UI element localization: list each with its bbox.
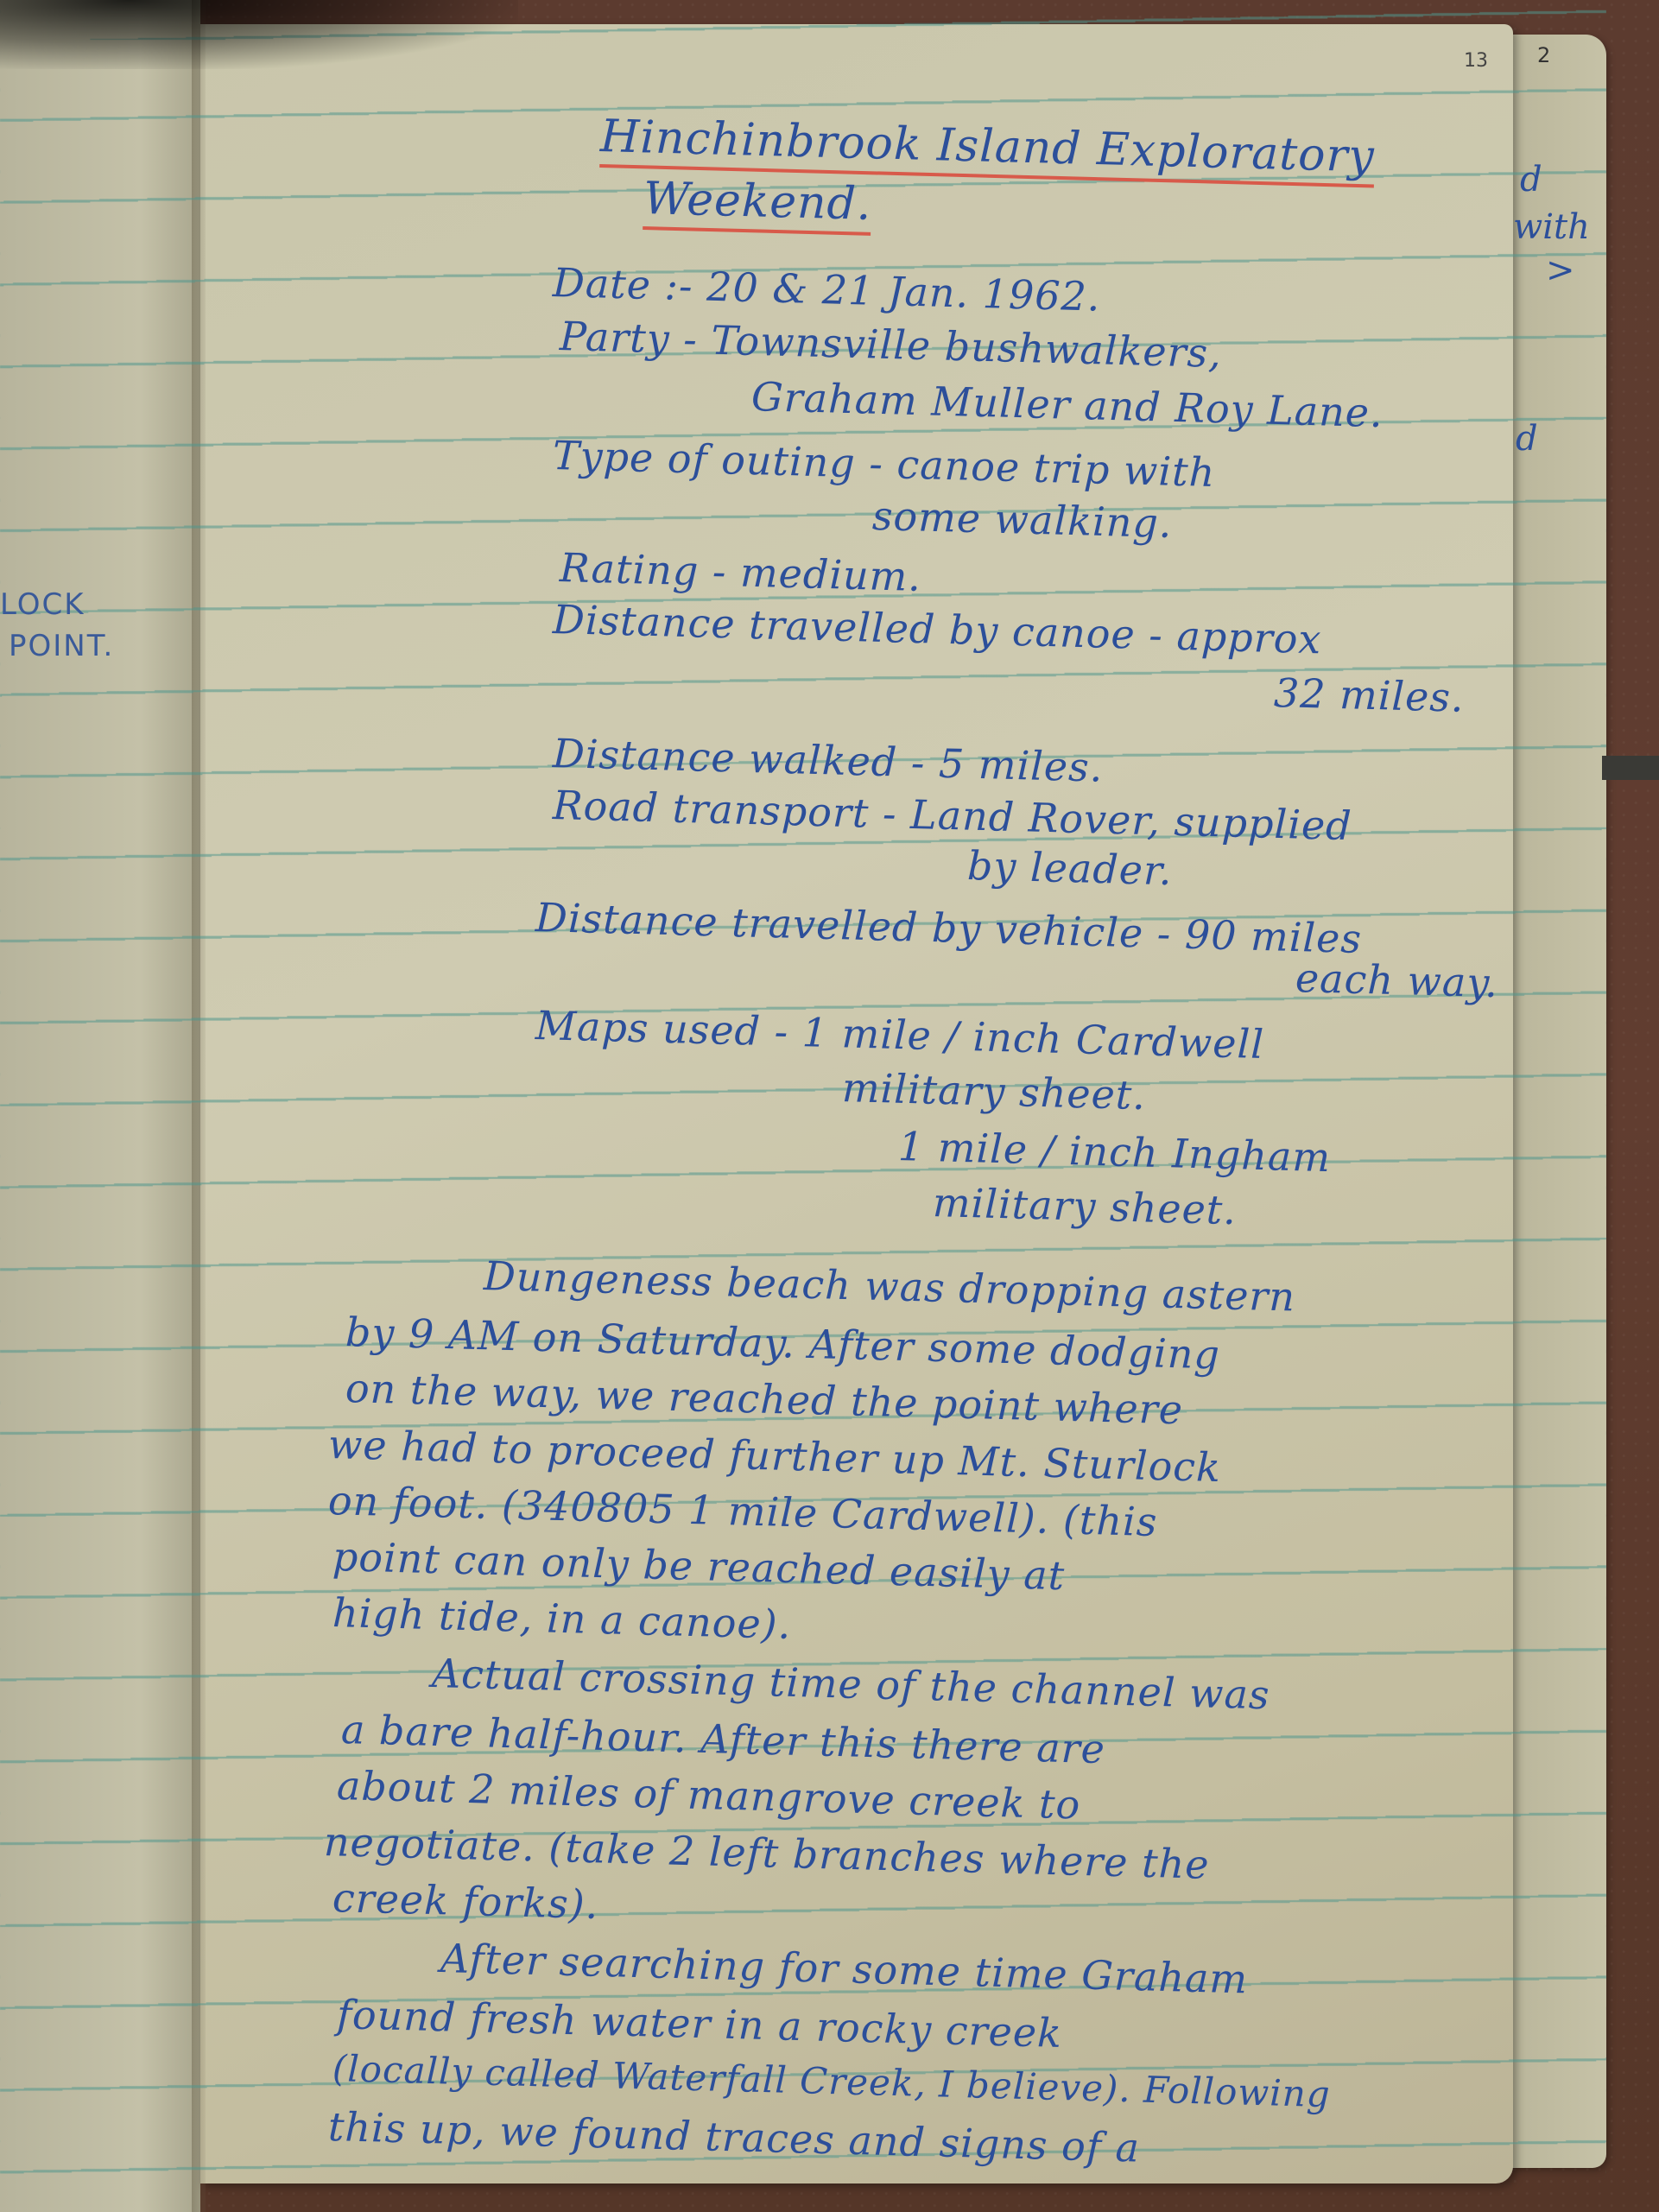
left-page — [0, 0, 200, 2212]
detail-maps-cont-3: military sheet. — [932, 1179, 1237, 1233]
detail-vehicle-distance-cont: each way. — [1295, 954, 1498, 1006]
detail-rating: Rating - medium. — [559, 544, 921, 600]
page-number: 13 — [1464, 50, 1488, 72]
edge-fragment: d — [1516, 419, 1538, 459]
edge-fragment: with — [1513, 207, 1590, 247]
page-gutter — [192, 0, 206, 2212]
dark-tab-strip — [1602, 756, 1659, 780]
under-page-number: 2 — [1537, 43, 1550, 67]
title-line-2: Weekend. — [643, 173, 872, 236]
edge-fragment: > — [1546, 250, 1575, 290]
margin-note-line-2: POINT. — [9, 629, 114, 663]
detail-type-cont: some walking. — [871, 492, 1173, 547]
detail-road-transport-cont: by leader. — [966, 842, 1173, 894]
underlying-page-edge — [1503, 35, 1606, 2168]
detail-canoe-distance-cont: 32 miles. — [1273, 669, 1465, 721]
detail-maps-cont-1: military sheet. — [841, 1064, 1146, 1119]
margin-note-line-1: LOCK — [0, 587, 85, 622]
edge-fragment: d — [1520, 160, 1542, 200]
narrative-line: creek forks). — [332, 1874, 599, 1928]
